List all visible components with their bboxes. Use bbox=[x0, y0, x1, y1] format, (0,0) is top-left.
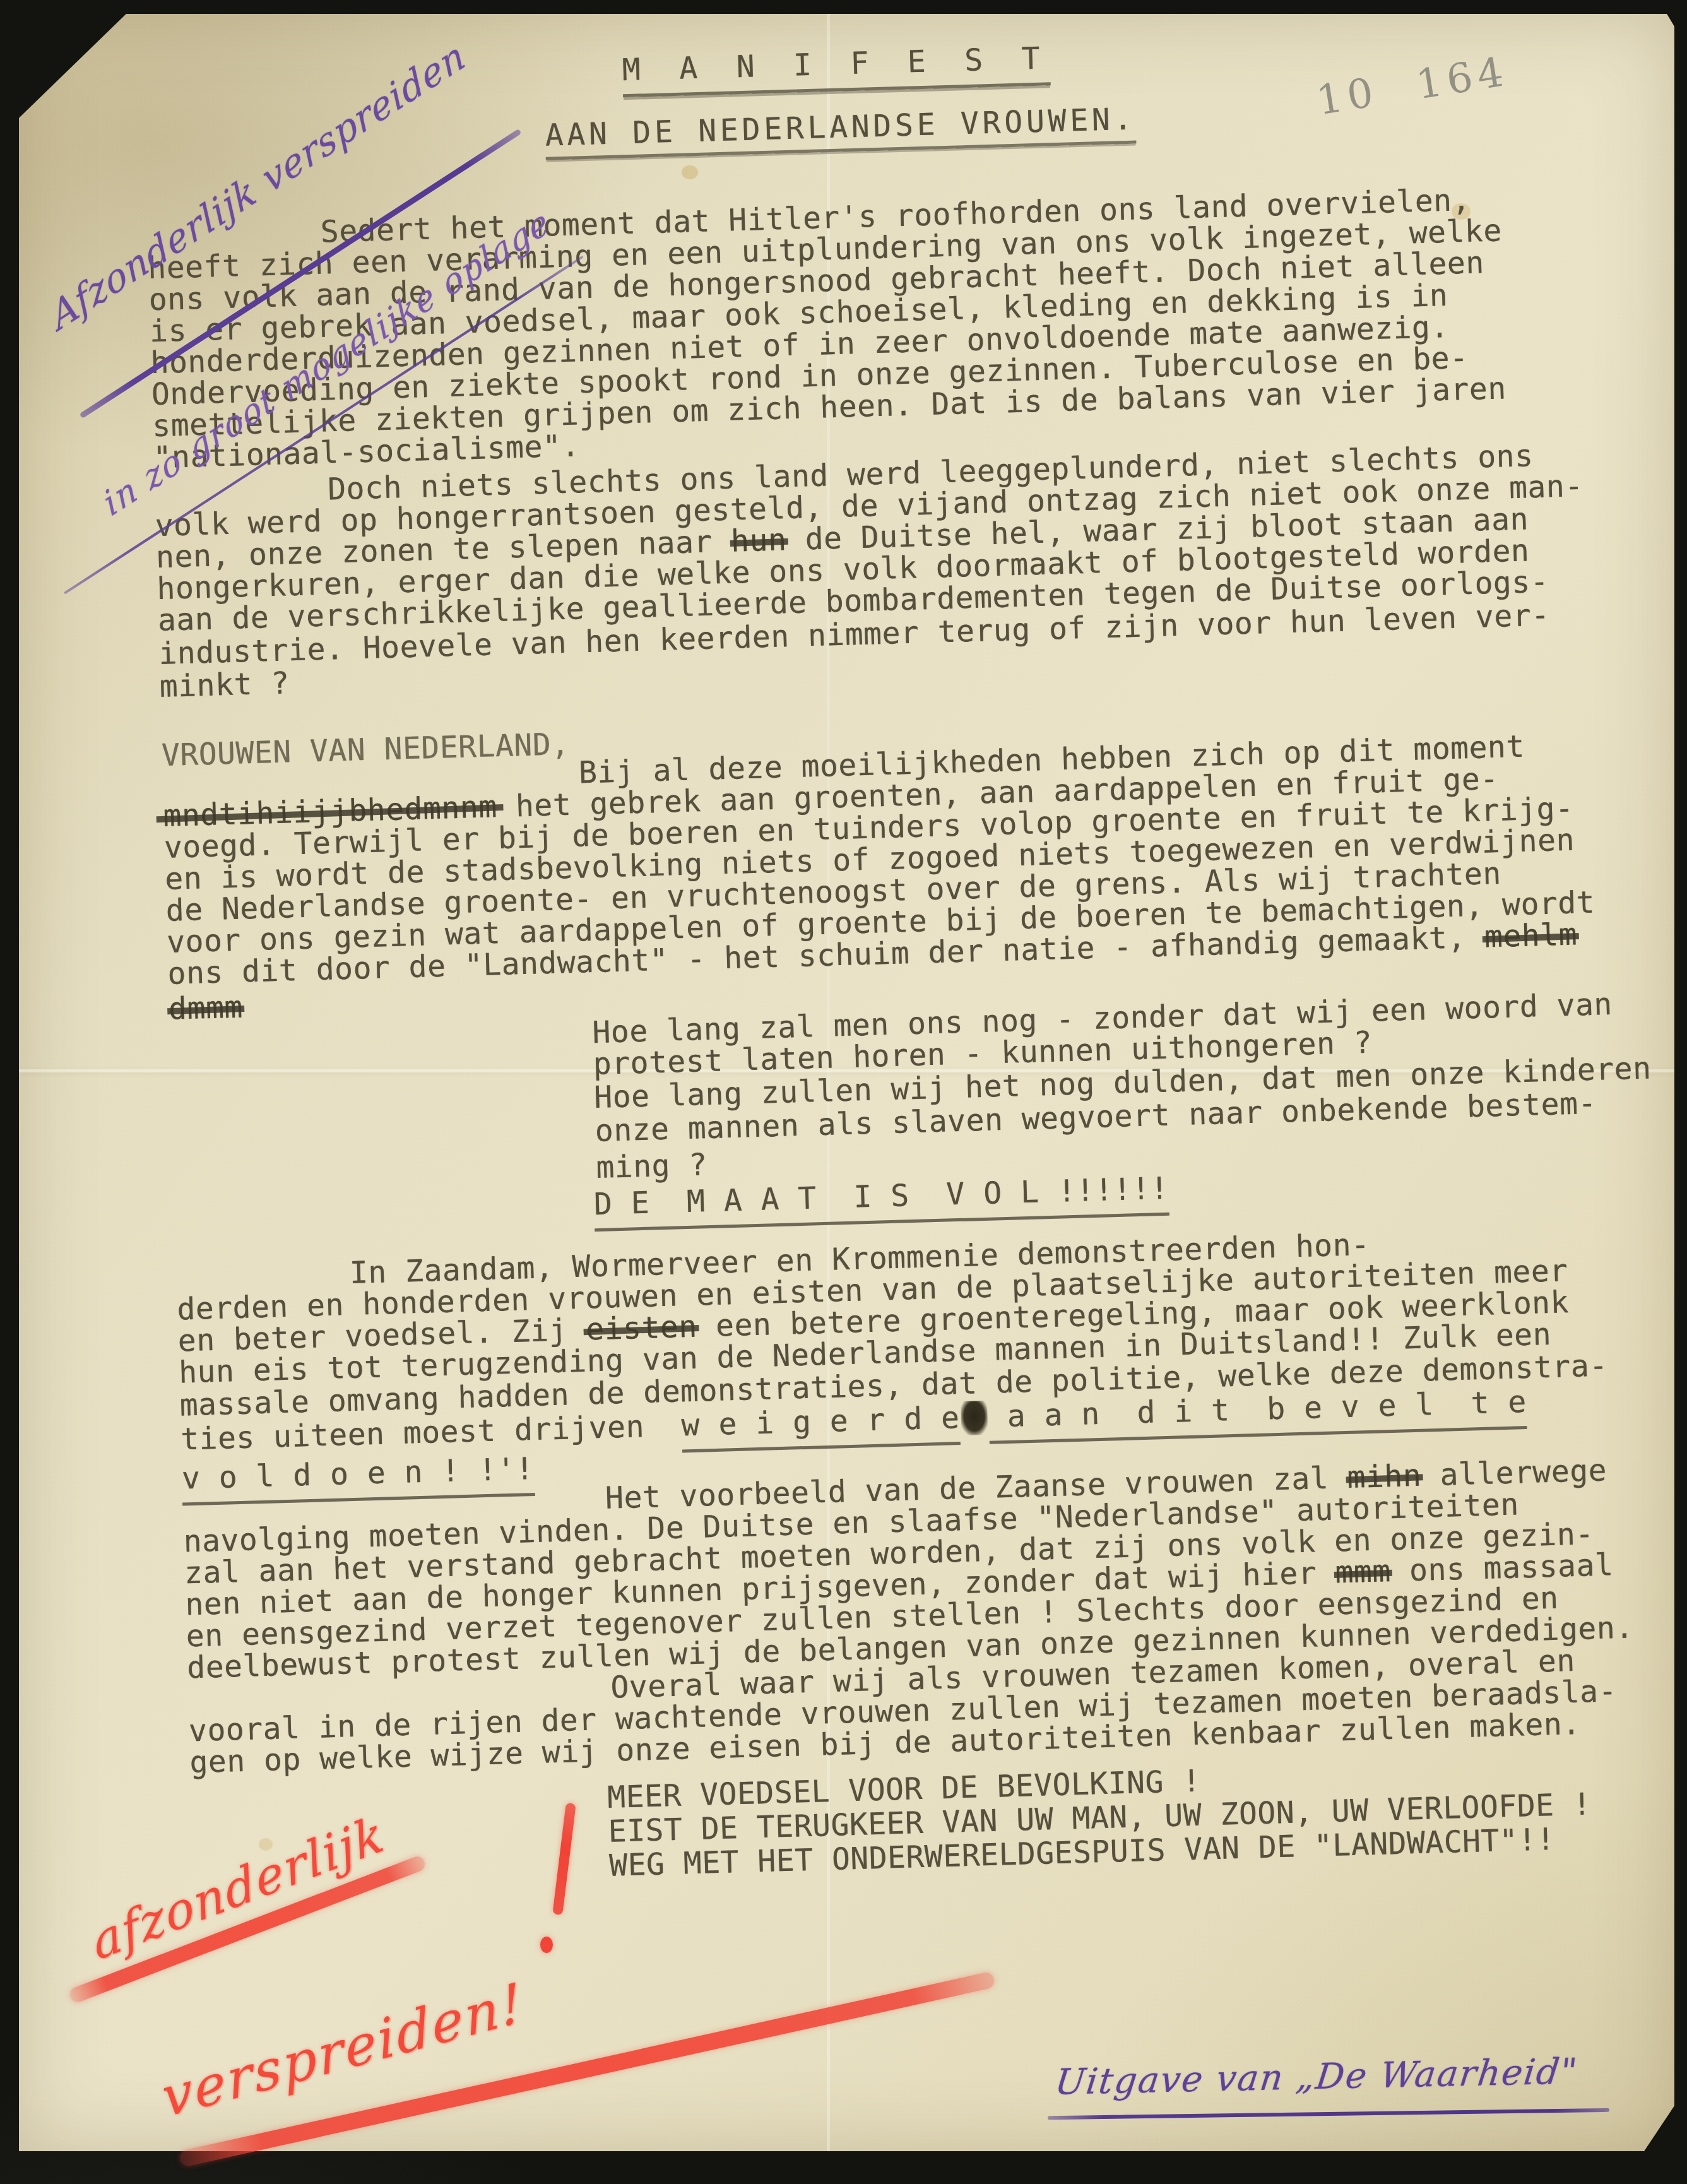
text-run: minkt ? bbox=[159, 665, 290, 704]
document-title: M A N I F E S T bbox=[622, 42, 1051, 97]
text-run: ming ? bbox=[596, 1147, 708, 1185]
text-run: AAN DE NEDERLANDSE VROUWEN. bbox=[545, 102, 1136, 153]
spaced-underlined-text: w e i g e r d e bbox=[681, 1400, 961, 1452]
spaced-underlined-text: v o l d o e n ! !'! bbox=[181, 1451, 535, 1506]
red-exclamation-dot bbox=[540, 1937, 553, 1953]
text-run: M A N I F E S T bbox=[622, 40, 1051, 88]
typed-line: v o l d o e n ! !'! bbox=[181, 1452, 535, 1495]
typed-line: dmmm bbox=[168, 991, 243, 1026]
typed-line: VROUWEN VAN NEDERLAND, bbox=[161, 728, 570, 772]
typed-line: ming ? bbox=[596, 1148, 708, 1184]
document-subtitle: AAN DE NEDERLANDSE VROUWEN. bbox=[545, 103, 1136, 160]
ink-blot bbox=[961, 1401, 988, 1435]
struck-out-text: dmmm bbox=[168, 990, 243, 1027]
typed-line: minkt ? bbox=[159, 667, 290, 703]
struck-out-text: mehlm bbox=[1484, 917, 1578, 955]
text-run: VROUWEN VAN NEDERLAND, bbox=[161, 727, 570, 773]
